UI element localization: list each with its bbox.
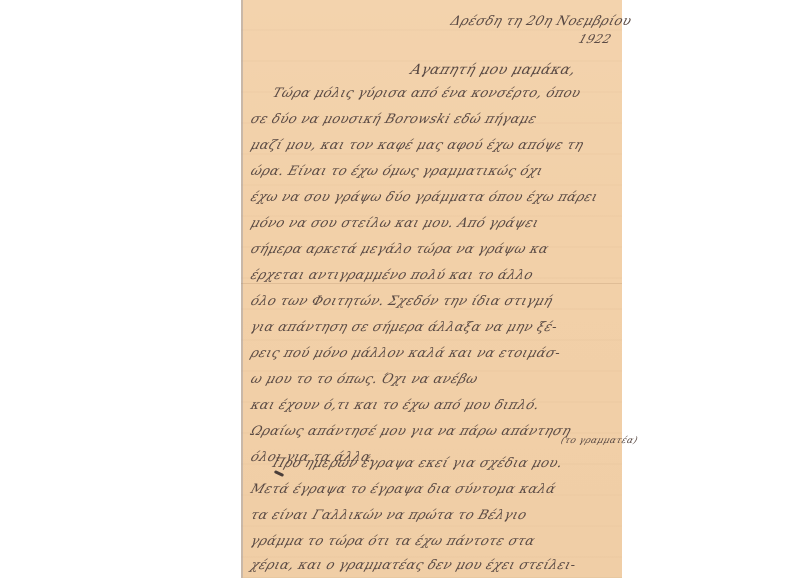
letter-place-date: Δρέσδη τη 20η Νοεμβρίου — [449, 14, 634, 29]
fold-crease — [241, 283, 622, 284]
letter-line: Ωραίως απάντησέ μου για να πάρω απάντηση — [249, 424, 573, 439]
letter-line: Μετά έγραψα το έγραψα δια σύντομα καλά — [249, 482, 558, 497]
letter-line: και έχουν ό,τι και το έχω από μου διπλό. — [249, 398, 542, 413]
letter-line: γράμμα το τώρα ότι τα έχω πάντοτε στα — [249, 534, 537, 549]
letter-line: Τώρα μόλις γύρισα από ένα κονσέρτο, όπου — [271, 86, 583, 101]
letter-line: σε δύο να μουσική Borowski εδώ πήγαμε — [249, 112, 539, 127]
letter-line: μόνο να σου στείλω και μου. Από γράψει — [249, 216, 541, 231]
letter-year: 1922 — [577, 32, 614, 46]
letter-line: ω μου το το όπως. Όχι να ανέβω — [249, 372, 480, 387]
letter-line: ώρα. Είναι το έχω όμως γραμματικώς όχι — [249, 164, 545, 179]
letter-line: για απάντηση σε σήμερα άλλαξα να μην ξέ- — [249, 320, 560, 335]
margin-note: (το γραμματέα) — [559, 436, 639, 446]
letter-line: σήμερα αρκετά μεγάλο τώρα να γράψω κα — [249, 242, 551, 257]
letter-salutation: Αγαπητή μου μαμάκα, — [408, 62, 578, 78]
letter-line: Προ ημερών έγραψα εκεί για σχέδια μου. — [271, 456, 565, 471]
letter-line: έρχεται αντιγραμμένο πολύ και το άλλο — [249, 268, 536, 283]
letter-line: μαζί μου, και τον καφέ μας αφού έχω απόψ… — [249, 138, 586, 153]
letter-line: χέρια, και ο γραμματέας δεν μου έχει στε… — [249, 558, 578, 573]
letter-line: τα είναι Γαλλικών να πρώτα το Βέλγιο — [249, 508, 529, 523]
letter-line: όλο των Φοιτητών. Σχεδόν την ίδια στιγμή — [249, 294, 555, 309]
letter-line: ρεις πού μόνο μάλλον καλά και να ετοιμάσ… — [249, 346, 563, 361]
letter-page: Δρέσδη τη 20η Νοεμβρίου 1922 Αγαπητή μου… — [241, 0, 622, 578]
ink-blot — [274, 470, 284, 477]
letter-line: έχω να σου γράψω δύο γράμματα όπου έχω π… — [249, 190, 600, 205]
